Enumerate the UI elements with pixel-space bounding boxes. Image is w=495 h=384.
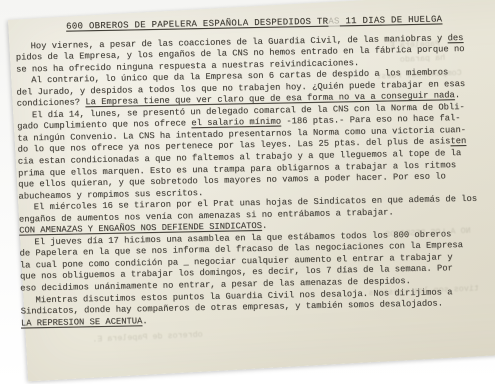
scanner-background: 600 OBREROS DE PAPELERA ESPAÑOLA DESPEDI… xyxy=(0,0,495,384)
underlined-text: des xyxy=(447,33,463,43)
bleedthrough-text: Papelera E xyxy=(389,39,440,53)
text-segment: . xyxy=(455,90,460,100)
underlined-text: ten xyxy=(450,136,466,146)
text-segment: . xyxy=(262,221,267,231)
document-content: 600 OBREROS DE PAPELERA ESPAÑOLA DESPEDI… xyxy=(15,13,495,329)
bleedthrough-text: obreros de Papelera E. xyxy=(92,330,203,347)
text-segment: condiciones? xyxy=(17,98,86,109)
document-title: 600 OBREROS DE PAPELERA ESPAÑOLA DESPEDI… xyxy=(15,13,493,34)
underlined-text: el salario mínimo xyxy=(191,117,281,129)
underlined-text: AS xyxy=(328,16,340,26)
document-page: 600 OBREROS DE PAPELERA ESPAÑOLA DESPEDI… xyxy=(8,0,495,381)
underlined-text: LA REPRESION SE ACENTUA xyxy=(21,316,143,328)
text-segment: . xyxy=(142,316,147,326)
underlined-text: 11 DIAS DE HUELGA xyxy=(340,14,443,26)
underlined-text: 600 OBREROS DE PAPELERA ESPAÑOLA DESPEDI… xyxy=(66,17,328,32)
bleedthrough-text: ha parado xyxy=(400,53,446,67)
